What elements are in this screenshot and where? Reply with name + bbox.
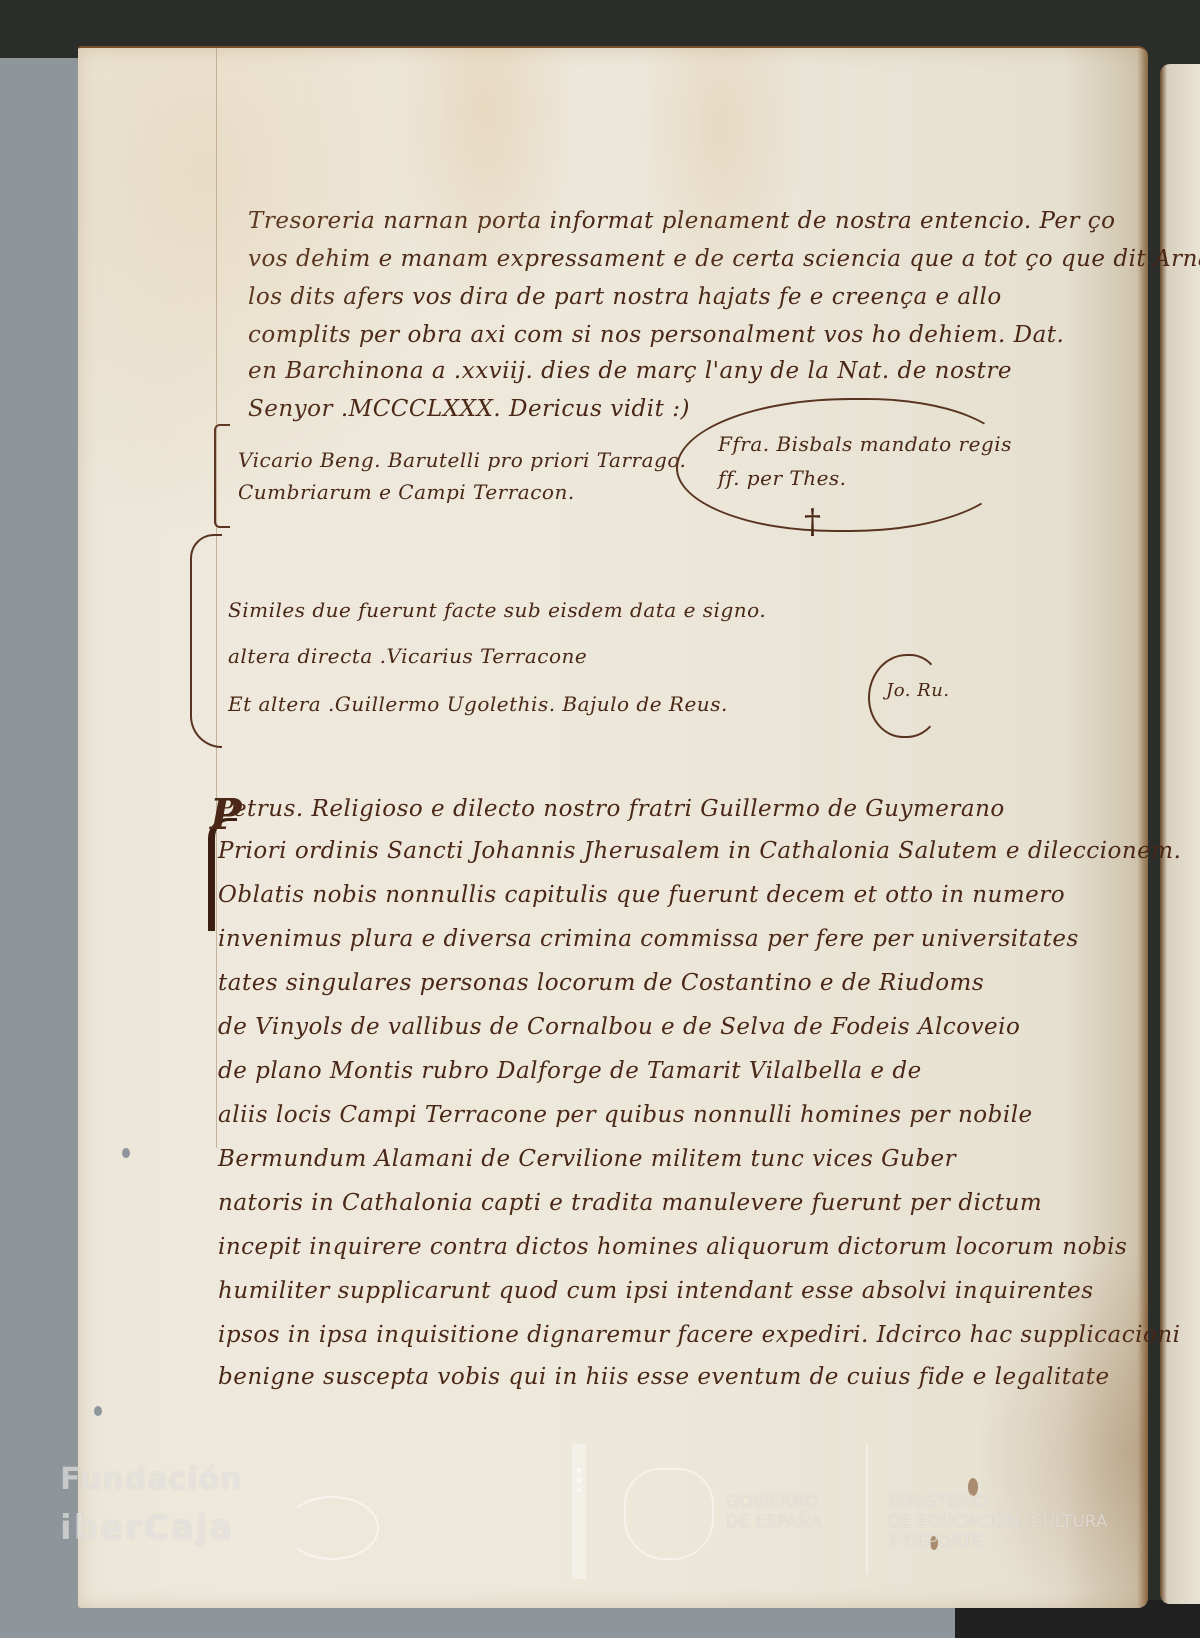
- side-mark: Jo. Ru.: [886, 680, 950, 701]
- text-line: ipsos in ipsa inquisitione dignaremur fa…: [218, 1322, 1181, 1348]
- text-line: de plano Montis rubro Dalforge de Tamari…: [218, 1058, 922, 1084]
- text-line: humiliter supplicarunt quod cum ipsi int…: [218, 1278, 1094, 1304]
- text-line: complits per obra axi com si nos persona…: [248, 322, 1064, 348]
- watermark-fundacion: Fundación: [60, 1462, 242, 1497]
- text-line: altera directa .Vicarius Terracone: [228, 644, 587, 668]
- facing-page-edge: [1160, 64, 1200, 1604]
- text-line: natoris in Cathalonia capti e tradita ma…: [218, 1190, 1042, 1216]
- binding-hole: [122, 1148, 130, 1158]
- text-line: incepit inquirere contra dictos homines …: [218, 1234, 1127, 1260]
- flag-stars: ★ ★ ★: [572, 1466, 586, 1496]
- text-line: Bermundum Alamani de Cervilione militem …: [218, 1146, 956, 1172]
- text-line: Vicario Beng. Barutelli pro priori Tarra…: [238, 448, 686, 472]
- text-line: Ffra. Bisbals mandato regis: [718, 432, 1012, 456]
- text-line: benigne suscepta vobis qui in hiis esse …: [218, 1364, 1110, 1390]
- text-line: tates singulares personas locorum de Cos…: [218, 970, 984, 996]
- text-line: Petrus. Religioso e dilecto nostro fratr…: [218, 796, 1005, 822]
- coat-of-arms-icon: [624, 1468, 714, 1560]
- text-line: Tresoreria narnan porta informat plename…: [248, 208, 1116, 234]
- watermark-line: DE ESPAÑA: [726, 1512, 822, 1532]
- watermark-line: DE EDUCACIÓN, CULTURA: [888, 1512, 1108, 1532]
- watermark-ministerio: MINISTERIO DE EDUCACIÓN, CULTURA Y DEPOR…: [888, 1492, 1108, 1552]
- spain-flag-bar-icon: ★ ★ ★: [572, 1444, 586, 1579]
- watermark-line: Y DEPORTE: [888, 1532, 1108, 1552]
- text-line: los dits afers vos dira de part nostra h…: [248, 284, 1002, 310]
- bracket-mark: [214, 424, 230, 528]
- text-line: Senyor .MCCCLXXX. Dericus vidit :): [248, 396, 690, 422]
- signature-mark-icon: †: [804, 502, 822, 542]
- watermark-divider: [866, 1444, 868, 1574]
- watermark-line: GOBIERNO: [726, 1492, 822, 1512]
- text-line: Similes due fuerunt facte sub eisdem dat…: [228, 598, 766, 622]
- bracket-flourish: [190, 534, 222, 748]
- text-line: invenimus plura e diversa crimina commis…: [218, 926, 1079, 952]
- signature-loop-flourish: [676, 398, 1010, 532]
- text-line: ff. per Thes.: [718, 466, 847, 490]
- manuscript-page: Tresoreria narnan porta informat plename…: [78, 46, 1148, 1608]
- text-line: de Vinyols de vallibus de Cornalbou e de…: [218, 1014, 1020, 1040]
- text-line: Priori ordinis Sancti Johannis Jherusale…: [218, 838, 1181, 864]
- binding-hole: [94, 1406, 102, 1416]
- text-line: aliis locis Campi Terracone per quibus n…: [218, 1102, 1033, 1128]
- text-line: Et altera .Guillermo Ugolethis. Bajulo d…: [228, 692, 728, 716]
- ibercaja-logo-icon: [285, 1496, 379, 1560]
- text-line: vos dehim e manam expressament e de cert…: [248, 246, 1200, 272]
- watermark-line: MINISTERIO: [888, 1492, 1108, 1512]
- watermark-gobierno: GOBIERNO DE ESPAÑA: [726, 1492, 822, 1532]
- watermark-ibercaja: iberCaja: [60, 1508, 234, 1548]
- text-line: Cumbriarum e Campi Terracon.: [238, 480, 575, 504]
- text-line: en Barchinona a .xxviij. dies de març l'…: [248, 358, 1012, 384]
- text-line: Oblatis nobis nonnullis capitulis que fu…: [218, 882, 1065, 908]
